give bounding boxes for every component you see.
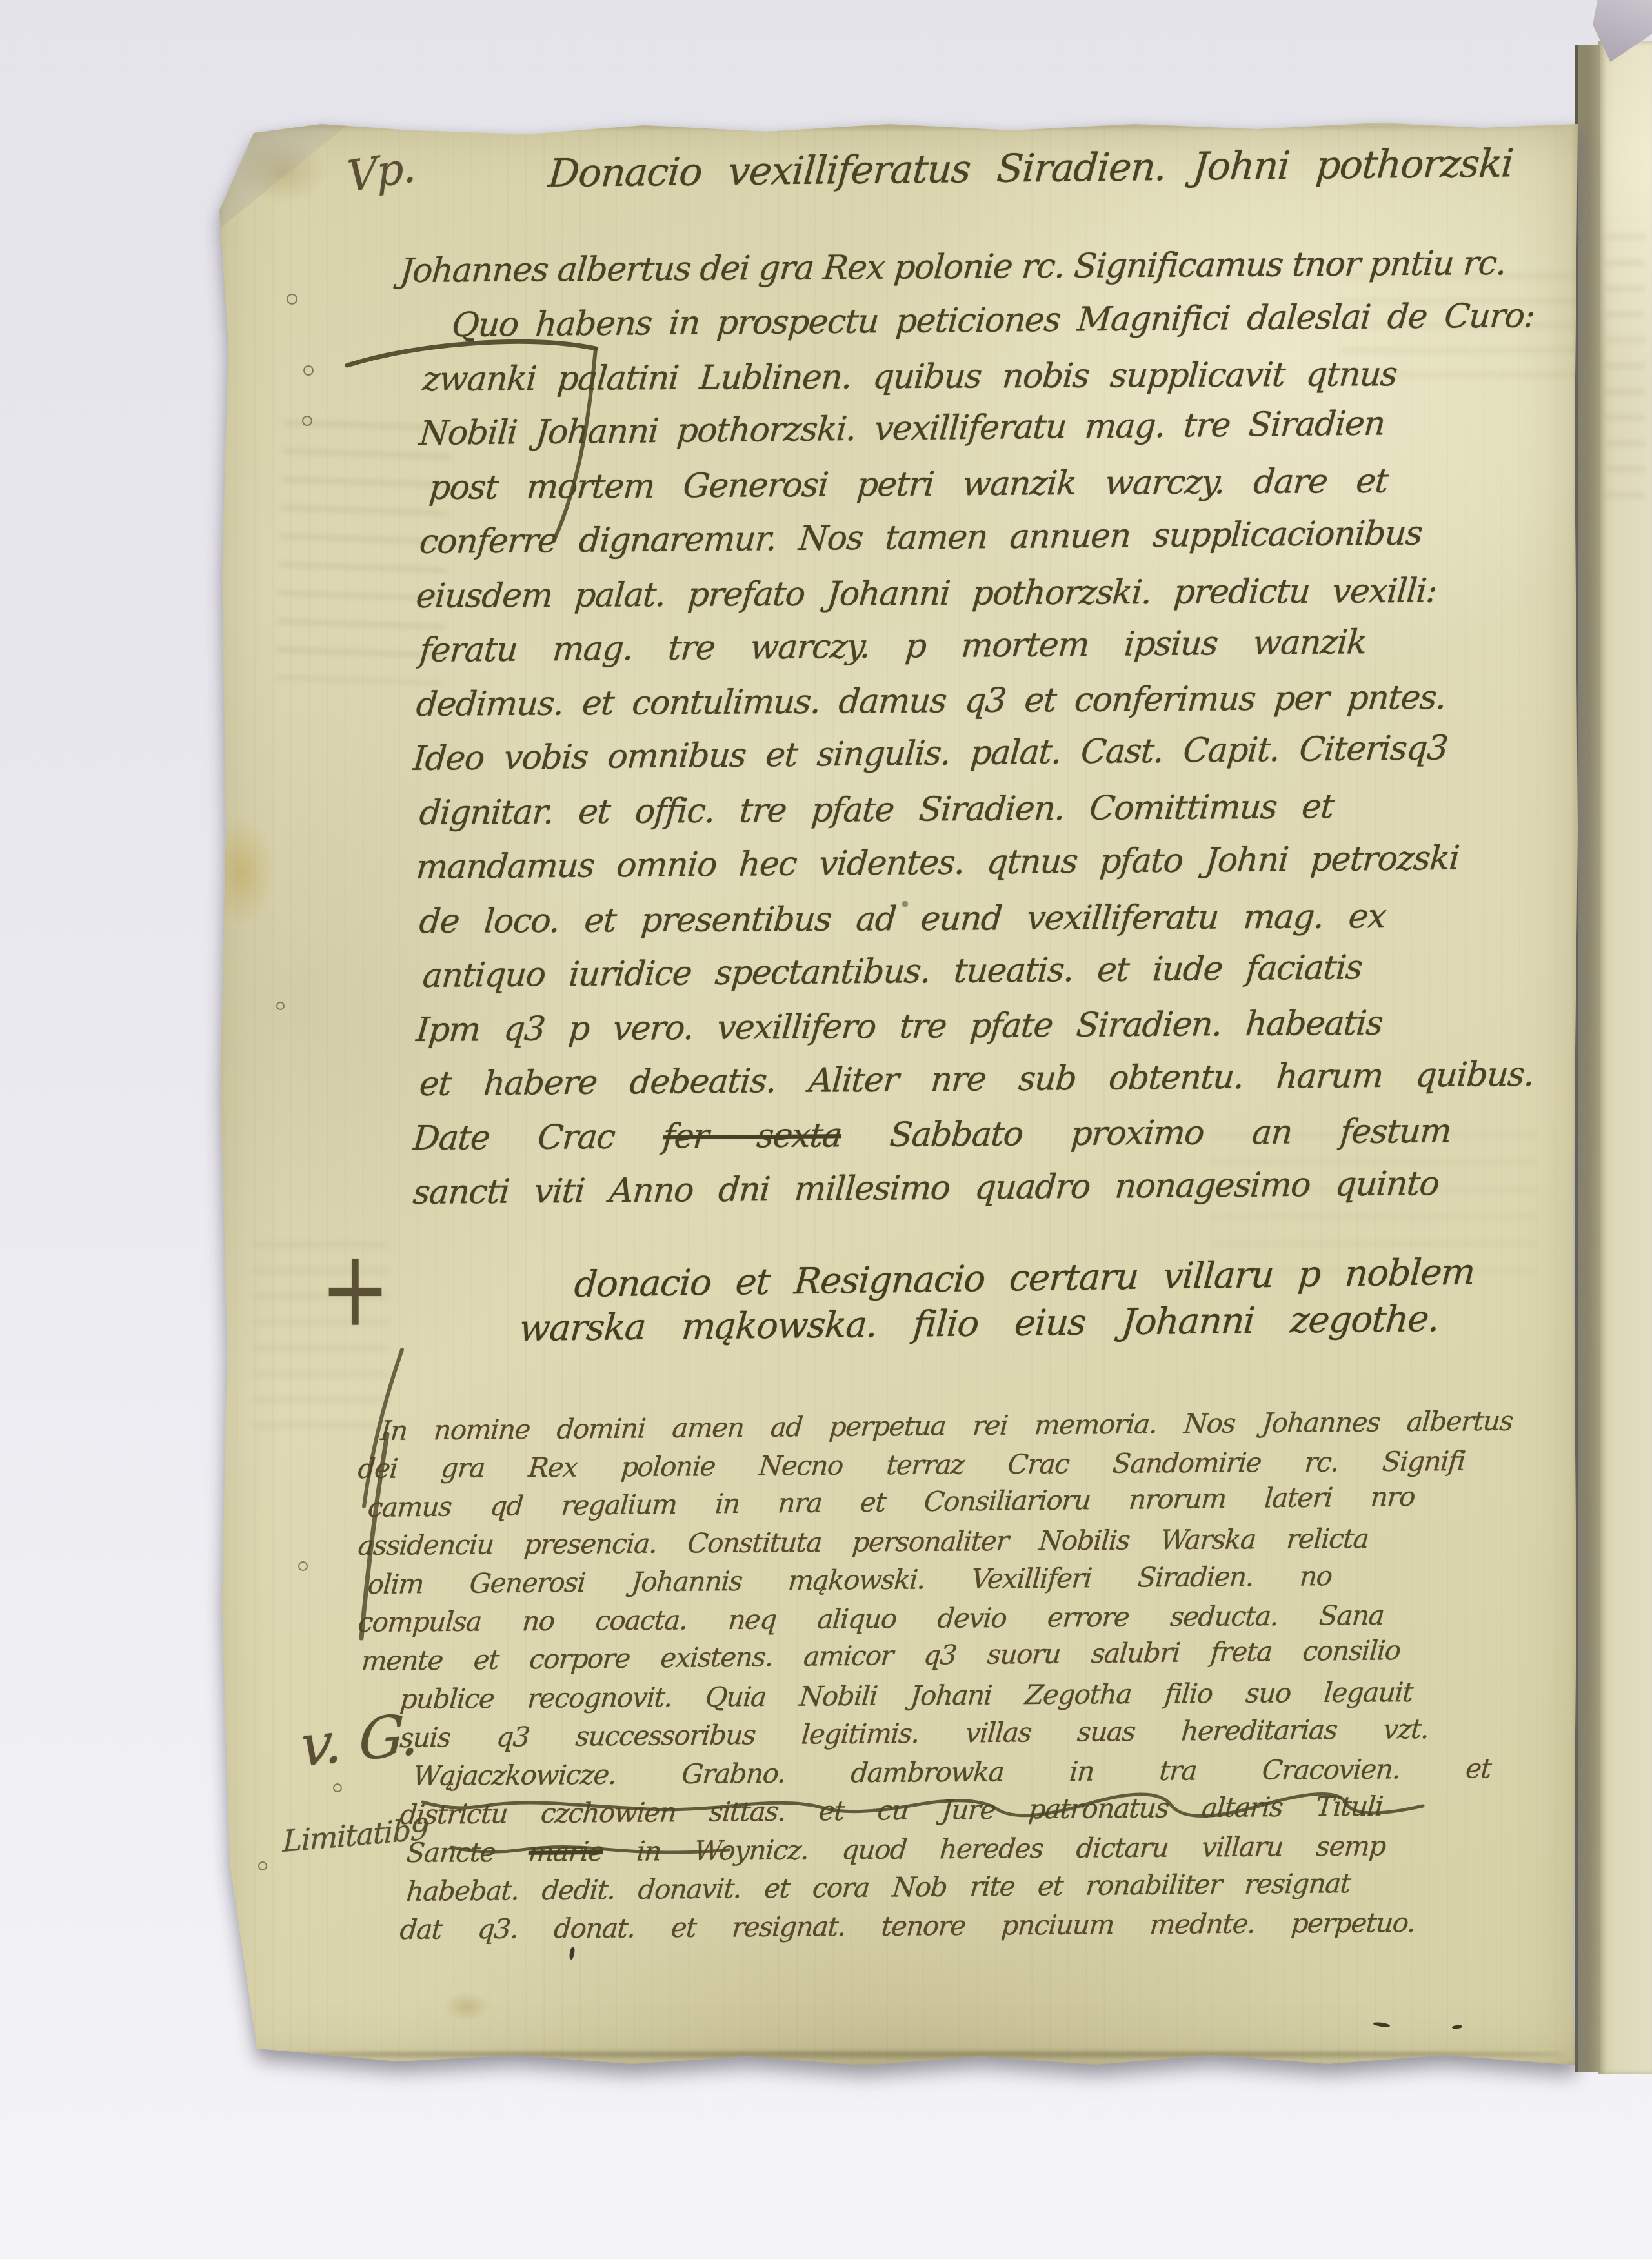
text-line: camus qd regalium in nra et Consiliarior… xyxy=(367,1481,1416,1523)
text-line: Quo habens in prospectu peticiones Magni… xyxy=(450,296,1536,345)
text-line: dei gra Rex polonie Necno terraz Crac Sa… xyxy=(357,1445,1466,1484)
text-line: dignitar. et offic. tre pfate Siradien. … xyxy=(418,787,1335,833)
ink-speck xyxy=(1452,2025,1462,2029)
damaged-corner xyxy=(218,120,354,230)
text-line-dated: Date Crac fer sexta Sabbato proximo an f… xyxy=(412,1112,1453,1158)
margin-hole xyxy=(303,365,314,376)
struck-word: marie xyxy=(527,1836,605,1868)
text-line: sancti viti Anno dni millesimo quadro no… xyxy=(412,1164,1440,1212)
scan-background: Vp. + v. G. Limitatib9 Donacio vexillife… xyxy=(0,0,1652,2259)
date-line-post: Sabbato proximo an festum xyxy=(888,1112,1452,1155)
margin-cross: + xyxy=(320,1228,389,1350)
text-line: Nobili Johanni pothorzski. vexilliferatu… xyxy=(418,404,1386,453)
text-line: olim Generosi Johannis mąkowski. Vexilli… xyxy=(367,1560,1333,1600)
ink-speck xyxy=(569,1947,575,1960)
margin-hole xyxy=(333,1783,342,1792)
text-line: dedimus. et contulimus. damus q3 et conf… xyxy=(415,678,1447,724)
ink-speck xyxy=(902,901,908,907)
text-line: compulsa no coacta. neq aliquo devio err… xyxy=(357,1599,1385,1638)
text-line: conferre dignaremur. Nos tamen annuen su… xyxy=(418,514,1424,562)
ink-speck xyxy=(1373,2021,1391,2028)
margin-hole xyxy=(298,1561,308,1571)
entry1-heading: Donacio vexilliferatus Siradien. Johni p… xyxy=(547,141,1515,196)
margin-hole xyxy=(287,294,297,305)
text-line: districtu czchowien sittas. et cu Jure p… xyxy=(399,1790,1384,1830)
text-line: suis q3 successoribus legitimis. villas … xyxy=(399,1713,1430,1754)
text-line-sancte: Sancte marie in Woynicz. quod heredes di… xyxy=(405,1830,1387,1869)
sancte-line-pre: Sancte xyxy=(405,1836,496,1869)
text-line: feratu mag. tre warczy. p mortem ipsius … xyxy=(418,623,1368,670)
margin-hole xyxy=(258,1861,267,1870)
bottom-edge-shade xyxy=(237,2051,1567,2058)
text-line: assidenciu presencia. Constituta persona… xyxy=(357,1523,1369,1561)
text-line: Ipm q3 p vero. vexillifero tre pfate Sir… xyxy=(415,1004,1384,1049)
sancte-line-post: in Woynicz. quod heredes dictaru villaru… xyxy=(636,1830,1387,1867)
margin-mark-vp: Vp. xyxy=(346,141,416,202)
text-line: dat q3. donat. et resignat. tenore pnciu… xyxy=(399,1907,1416,1945)
stain xyxy=(205,817,276,927)
margin-hole xyxy=(276,1002,285,1010)
date-line-pre: Date Crac xyxy=(412,1118,616,1158)
text-line: mandamus omnio hec videntes. qtnus pfato… xyxy=(415,839,1461,887)
text-line: publice recognovit. Quia Nobili Johani Z… xyxy=(399,1676,1414,1715)
text-line: zwanki palatini Lublinen. quibus nobis s… xyxy=(421,355,1398,399)
entry2-heading-line: warska mąkowska. filio eius Johanni zego… xyxy=(518,1298,1440,1350)
text-line: In nomine domini amen ad perpetua rei me… xyxy=(379,1405,1514,1446)
text-line: habebat. dedit. donavit. et cora Nob rit… xyxy=(405,1867,1351,1907)
margin-hole xyxy=(302,416,312,426)
text-line: Johannes albertus dei gra Rex polonie rc… xyxy=(399,244,1507,290)
text-line: antiquo iuridice spectantibus. tueatis. … xyxy=(421,948,1364,995)
entry2-heading-line: donacio et Resignacio certaru villaru p … xyxy=(573,1251,1476,1306)
text-line: et habere debeatis. Aliter nre sub obten… xyxy=(418,1055,1535,1104)
text-line: mente et corpore existens. amicor q3 suo… xyxy=(360,1634,1401,1677)
struck-words: fer sexta xyxy=(661,1116,843,1156)
text-line: Ideo vobis omnibus et singulis. palat. C… xyxy=(412,729,1449,778)
text-line: eiusdem palat. prefato Johanni pothorzsk… xyxy=(415,572,1438,616)
text-line: Wąjaczkowicze. Grabno. dambrowka in tra … xyxy=(412,1752,1492,1792)
stain xyxy=(444,1992,489,2021)
top-edge-shade xyxy=(244,124,1567,129)
text-line: post mortem Generosi petri wanzik warczy… xyxy=(428,462,1389,507)
manuscript-page: Vp. + v. G. Limitatib9 Donacio vexillife… xyxy=(218,120,1578,2065)
